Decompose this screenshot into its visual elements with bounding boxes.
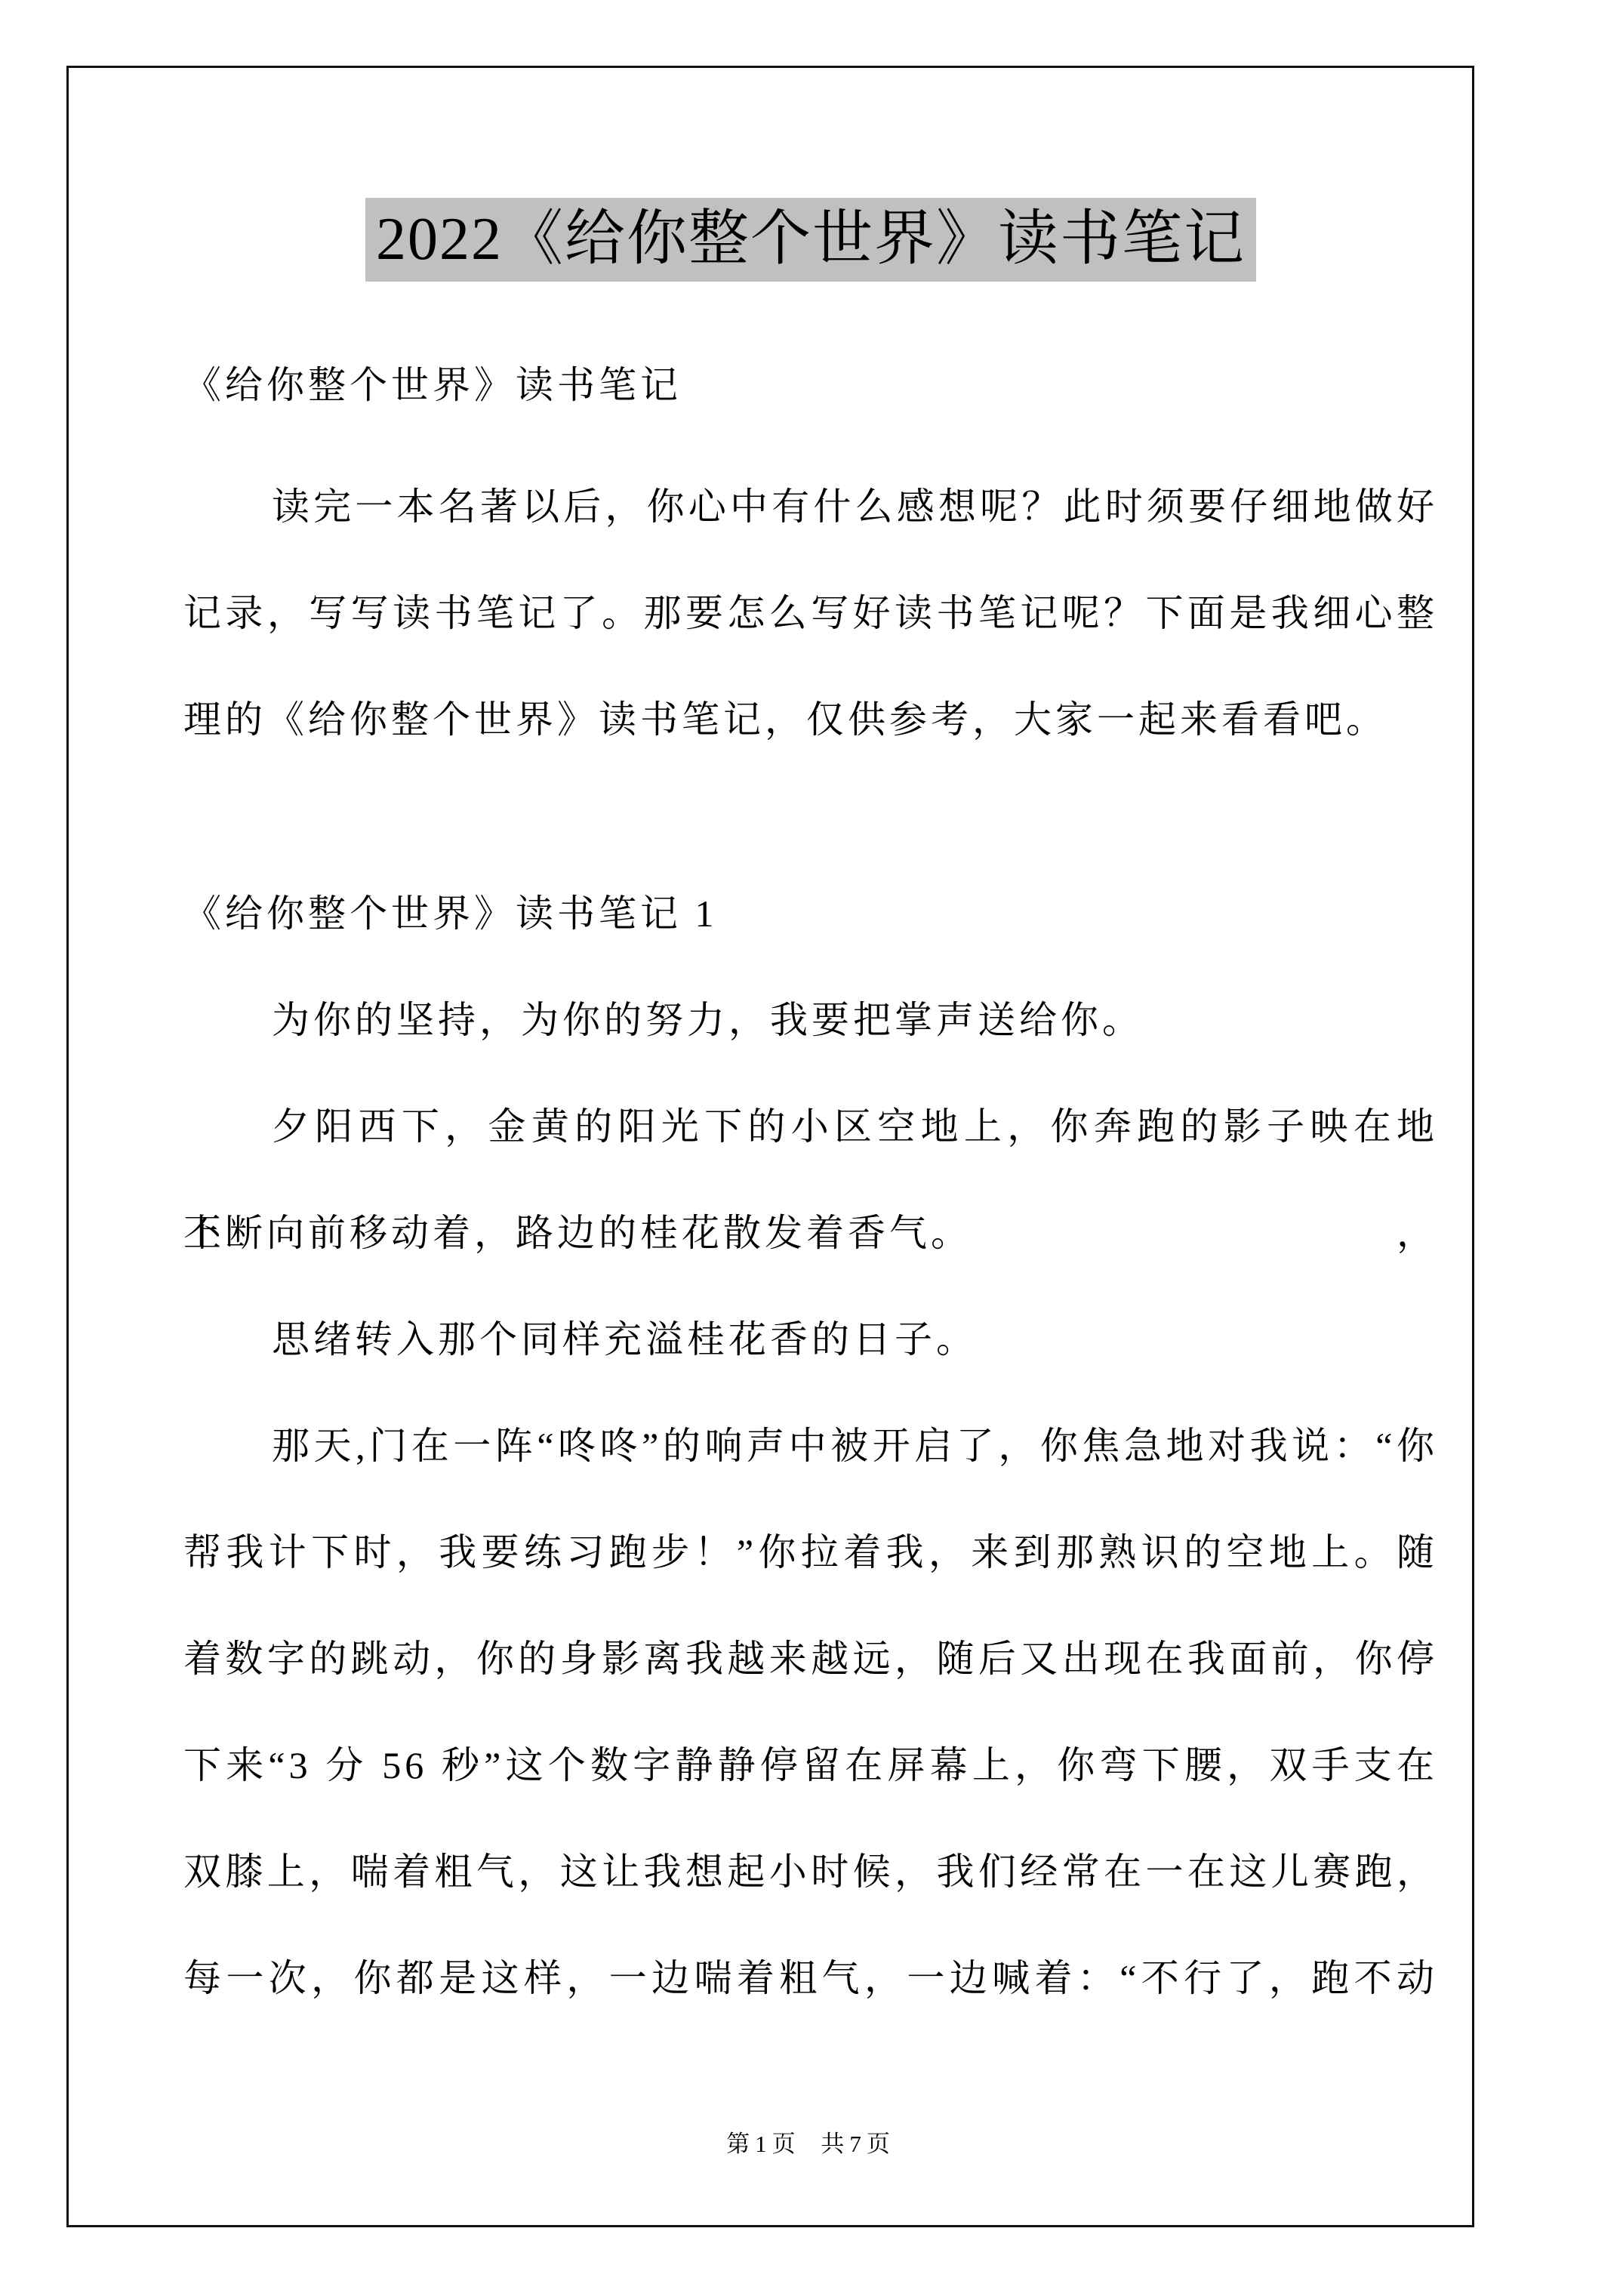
text-line: 双膝上，喘着粗气，这让我想起小时候，我们经常在一在这儿赛跑， xyxy=(183,1819,1438,1925)
document-title-row: 2022《给你整个世界》读书笔记 xyxy=(183,198,1438,282)
text-line: 为你的坚持，为你的努力，我要把掌声送给你。 xyxy=(183,967,1438,1074)
text-line: 夕阳西下，金黄的阳光下的小区空地上，你奔跑的影子映在地上， xyxy=(183,1074,1438,1180)
text-line: 读完一本名著以后，你心中有什么感想呢？此时须要仔细地做好 xyxy=(183,454,1438,560)
document-title: 2022《给你整个世界》读书笔记 xyxy=(365,198,1256,282)
text-line: 帮我计下时，我要练习跑步！”你拉着我，来到那熟识的空地上。随 xyxy=(183,1499,1438,1606)
text-line: 下来“3 分 56 秒”这个数字静静停留在屏幕上，你弯下腰，双手支在 xyxy=(183,1712,1438,1819)
page-number-footer: 第1页 共7页 xyxy=(183,2125,1438,2159)
text-line: 记录，写写读书笔记了。那要怎么写好读书笔记呢？下面是我细心整 xyxy=(183,560,1438,667)
document-page: { "page": { "title": "2022《给你整个世界》读书笔记",… xyxy=(0,0,1623,2296)
text-line: 理的《给你整个世界》读书笔记，仅供参考，大家一起来看看吧。 xyxy=(183,667,1438,773)
document-body: 《给你整个世界》读书笔记读完一本名著以后，你心中有什么感想呢？此时须要仔细地做好… xyxy=(183,332,1438,2032)
text-line: 《给你整个世界》读书笔记 xyxy=(183,332,1438,439)
text-line: 每一次，你都是这样，一边喘着粗气，一边喊着：“不行了，跑不动 xyxy=(183,1925,1438,2032)
text-line: 着数字的跳动，你的身影离我越来越远，随后又出现在我面前，你停 xyxy=(183,1606,1438,1712)
text-line: 那天,门在一阵“咚咚”的响声中被开启了，你焦急地对我说：“你 xyxy=(183,1393,1438,1499)
text-line: 《给你整个世界》读书笔记 1 xyxy=(183,861,1438,967)
text-line: 思绪转入那个同样充溢桂花香的日子。 xyxy=(183,1287,1438,1393)
